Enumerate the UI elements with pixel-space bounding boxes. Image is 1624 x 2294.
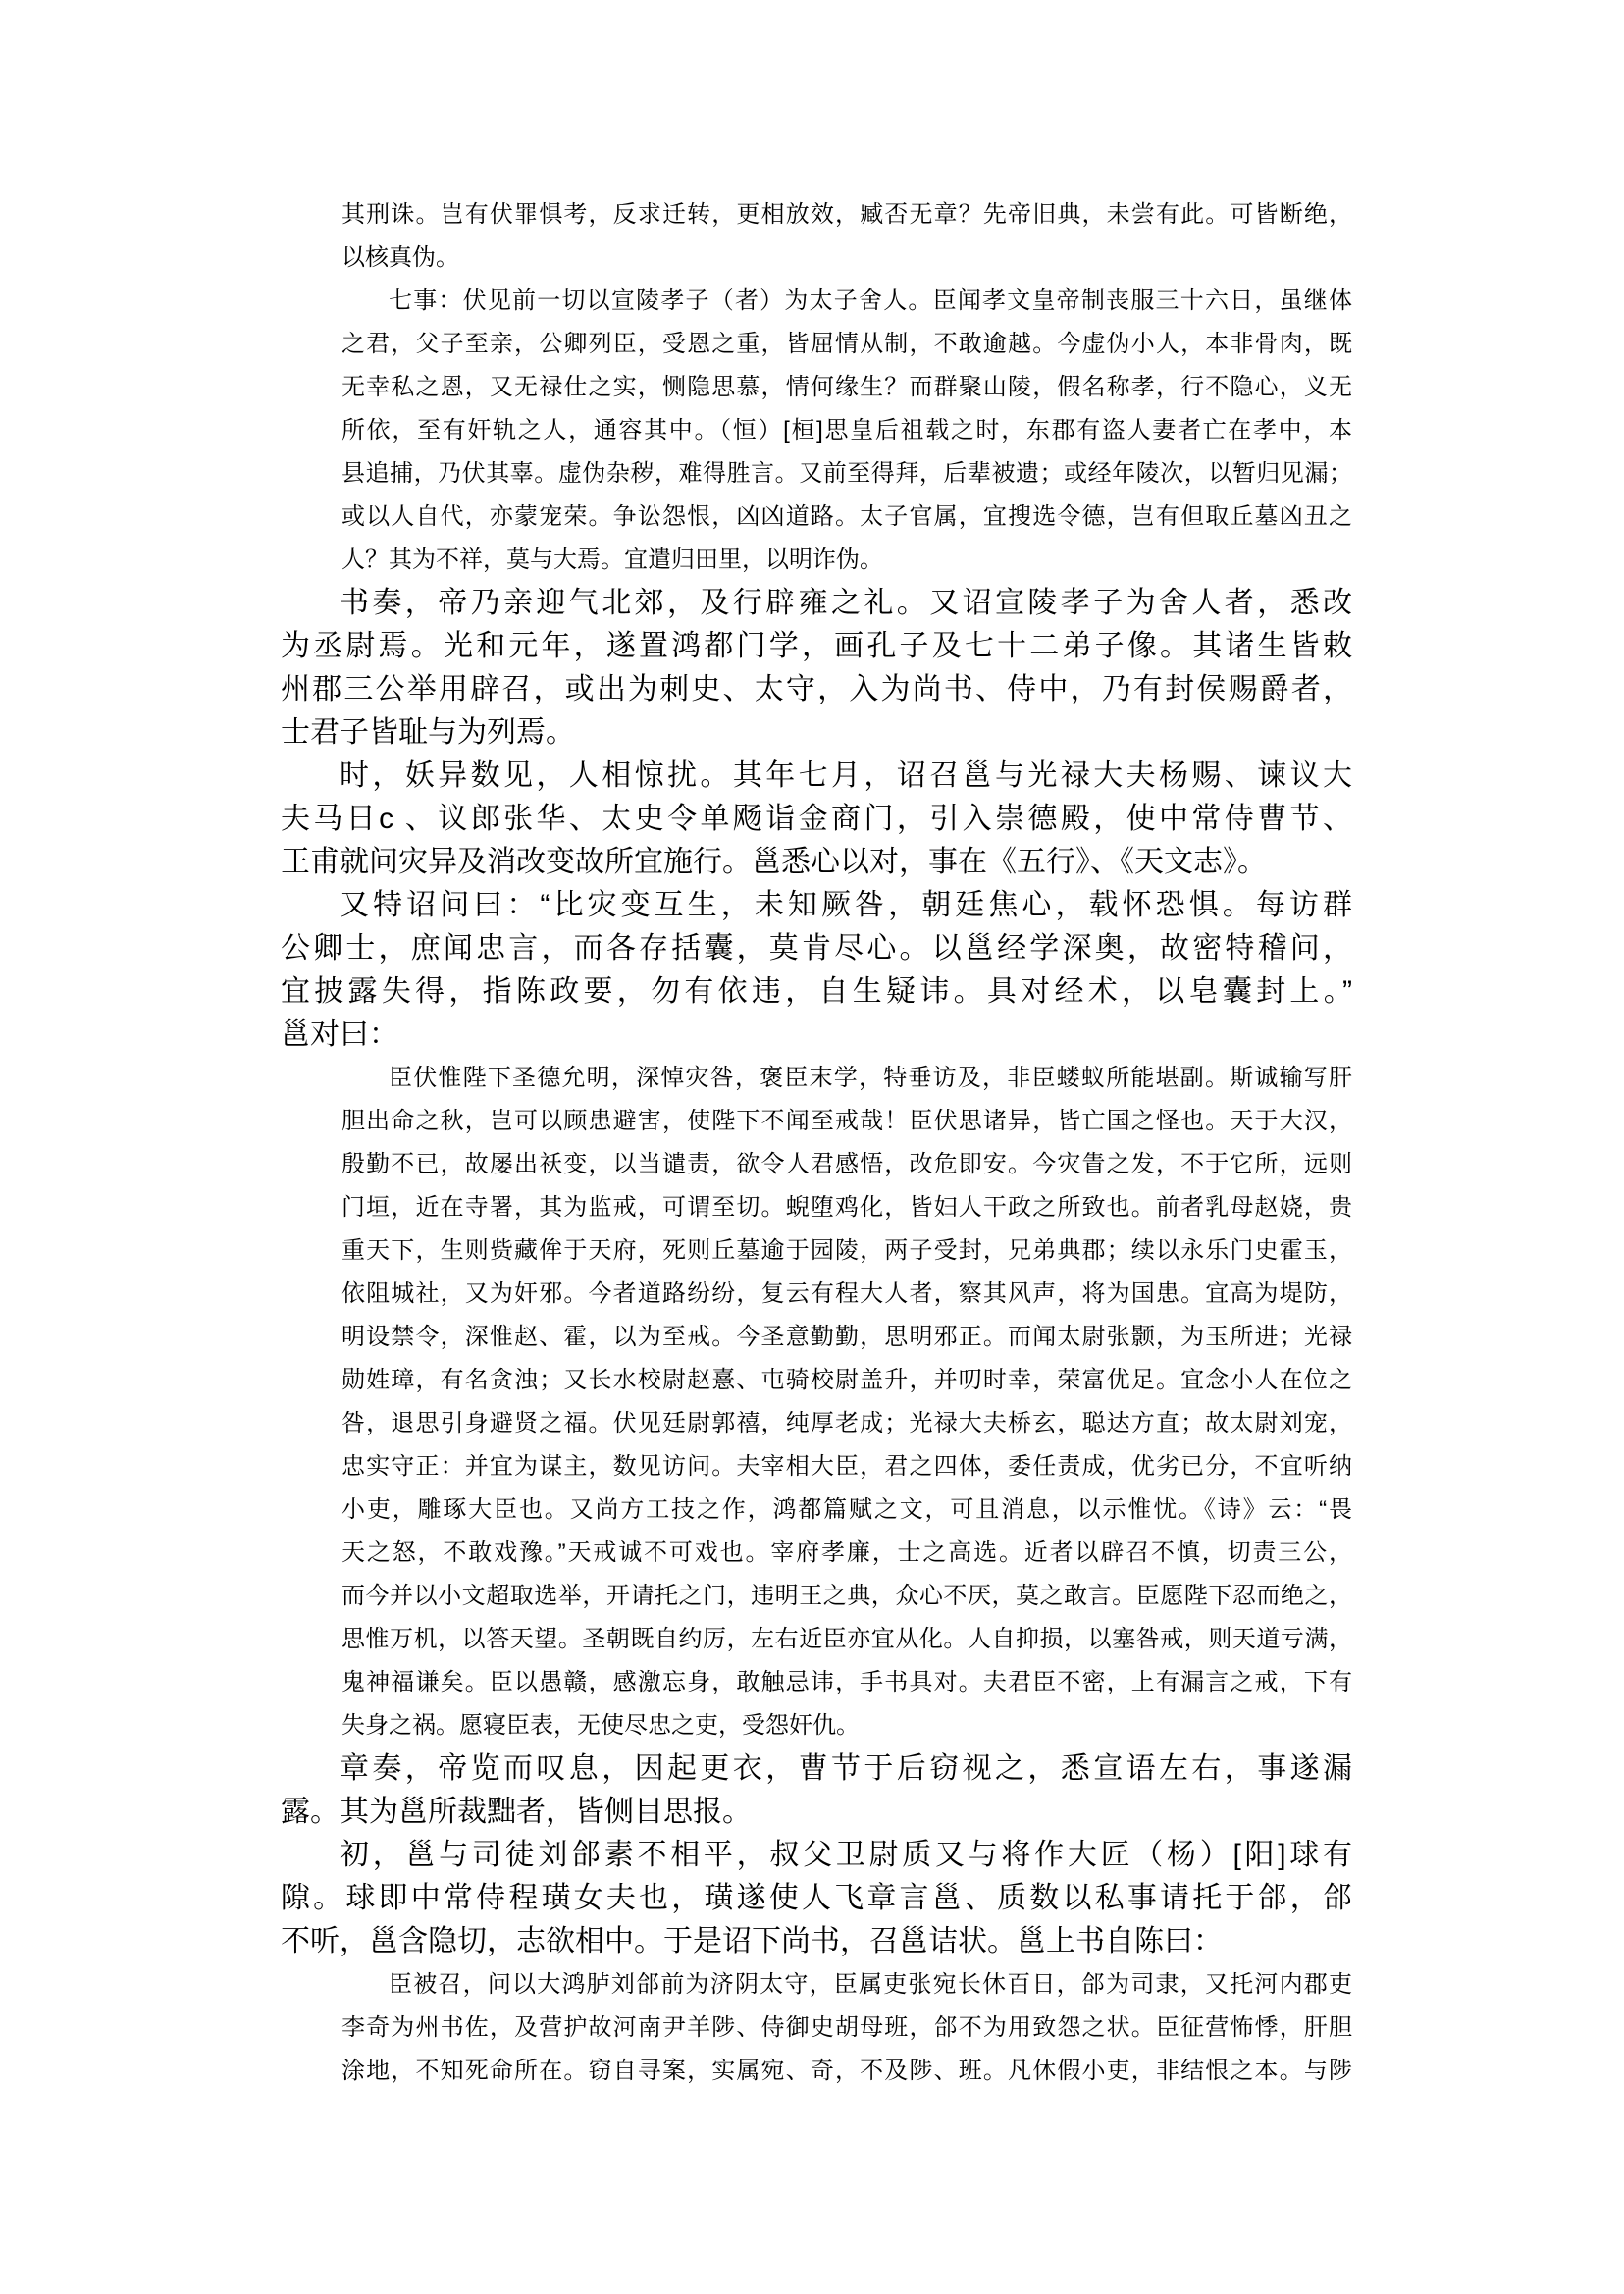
text-line: 其刑诛。岂有伏罪惧考，反求迁转，更相放效，臧否无章？先帝旧典，未尝有此。可皆断绝… [341, 193, 1352, 236]
text-line: 州郡三公举用辟召，或出为刺史、太守，入为尚书、侍中，乃有封侯赐爵者， [281, 668, 1352, 711]
document-page: 其刑诛。岂有伏罪惧考，反求迁转，更相放效，臧否无章？先帝旧典，未尝有此。可皆断绝… [0, 0, 1624, 2294]
text-line: 以核真伪。 [341, 236, 1352, 280]
text-line: 所依，至有奸轨之人，通容其中。（恒）[桓]思皇后祖载之时，东郡有盗人妻者亡在孝中… [341, 409, 1352, 452]
paragraph-body: 章奏，帝览而叹息，因起更衣，曹节于后窃视之，悉宣语左右，事遂漏露。其为邕所裁黜者… [281, 1747, 1352, 1834]
text-line: 隙。球即中常侍程璜女夫也，璜遂使人飞章言邕、质数以私事请托于郃，郃 [281, 1877, 1352, 1920]
paragraph-quote: 臣伏惟陛下圣德允明，深悼灾咎，褒臣末学，特垂访及，非臣蝼蚁所能堪副。斯诚输写肝胆… [341, 1057, 1352, 1747]
text-line: 为丞尉焉。光和元年，遂置鸿都门学，画孔子及七十二弟子像。其诸生皆敕 [281, 625, 1352, 668]
text-line: 时，妖异数见，人相惊扰。其年七月，诏召邕与光禄大夫杨赐、谏议大 [281, 755, 1352, 798]
text-line: 不听，邕含隐切，志欲相中。于是诏下尚书，召邕诘状。邕上书自陈曰： [281, 1920, 1352, 1963]
text-line: 思惟万机，以答天望。圣朝既自约厉，左右近臣亦宜从化。人自抑损，以塞咎戒，则天道亏… [341, 1618, 1352, 1661]
text-line: 公卿士，庶闻忠言，而各存括囊，莫肯尽心。以邕经学深奥，故密特稽问， [281, 927, 1352, 970]
text-line: 夫马日c 、议郎张华、太史令单飏诣金商门，引入崇德殿，使中常侍曹节、 [281, 798, 1352, 841]
text-line: 忠实守正：并宜为谋主，数见访问。夫宰相大臣，君之四体，委任责成，优劣已分，不宜听… [341, 1445, 1352, 1488]
text-line: 而今并以小文超取选举，开请托之门，违明王之典，众心不厌，莫之敢言。臣愿陛下忍而绝… [341, 1575, 1352, 1618]
text-line: 天之怒，不敢戏豫。”天戒诚不可戏也。宰府孝廉，士之高选。近者以辟召不慎，切责三公… [341, 1532, 1352, 1575]
text-line: 鬼神福谦矣。臣以愚赣，感激忘身，敢触忌讳，手书具对。夫君臣不密，上有漏言之戒，下… [341, 1661, 1352, 1704]
paragraph-body: 时，妖异数见，人相惊扰。其年七月，诏召邕与光禄大夫杨赐、谏议大夫马日c 、议郎张… [281, 755, 1352, 884]
paragraph-quote: 七事：伏见前一切以宣陵孝子（者）为太子舍人。臣闻孝文皇帝制丧服三十六日，虽继体之… [341, 280, 1352, 582]
text-line: 士君子皆耻与为列焉。 [281, 711, 1352, 755]
text-line: 七事：伏见前一切以宣陵孝子（者）为太子舍人。臣闻孝文皇帝制丧服三十六日，虽继体 [341, 280, 1352, 323]
text-line: 或以人自代，亦蒙宠荣。争讼怨恨，凶凶道路。太子官属，宜搜选令德，岂有但取丘墓凶丑… [341, 495, 1352, 539]
text-line: 又特诏问曰：“比灾变互生，未知厥咎，朝廷焦心，载怀恐惧。每访群 [281, 884, 1352, 927]
text-line: 胆出命之秋，岂可以顾患避害，使陛下不闻至戒哉！臣伏思诸异，皆亡国之怪也。天于大汉… [341, 1100, 1352, 1143]
text-line: 失身之祸。愿寝臣表，无使尽忠之吏，受怨奸仇。 [341, 1704, 1352, 1747]
paragraph-body: 又特诏问曰：“比灾变互生，未知厥咎，朝廷焦心，载怀恐惧。每访群公卿士，庶闻忠言，… [281, 884, 1352, 1057]
text-line: 门垣，近在寺署，其为监戒，可谓至切。蜺堕鸡化，皆妇人干政之所致也。前者乳母赵娆，… [341, 1186, 1352, 1229]
text-line: 露。其为邕所裁黜者，皆侧目思报。 [281, 1791, 1352, 1834]
text-line: 勋姓璋，有名贪浊；又长水校尉赵憙、屯骑校尉盖升，并叨时幸，荣富优足。宜念小人在位… [341, 1359, 1352, 1402]
text-line: 涂地，不知死命所在。窃自寻案，实属宛、奇，不及陟、班。凡休假小吏，非结恨之本。与… [341, 2050, 1352, 2093]
text-line: 之君，父子至亲，公卿列臣，受恩之重，皆屈情从制，不敢逾越。今虚伪小人，本非骨肉，… [341, 323, 1352, 366]
text-content: 其刑诛。岂有伏罪惧考，反求迁转，更相放效，臧否无章？先帝旧典，未尝有此。可皆断绝… [281, 193, 1352, 2093]
text-line: 无幸私之恩，又无禄仕之实，恻隐思慕，情何缘生？而群聚山陵，假名称孝，行不隐心，义… [341, 366, 1352, 409]
paragraph-quote: 其刑诛。岂有伏罪惧考，反求迁转，更相放效，臧否无章？先帝旧典，未尝有此。可皆断绝… [341, 193, 1352, 280]
text-line: 小吏，雕琢大臣也。又尚方工技之作，鸿都篇赋之文，可且消息，以示惟忧。《诗》云：“… [341, 1488, 1352, 1532]
text-line: 人？其为不祥，莫与大焉。宜遣归田里，以明诈伪。 [341, 539, 1352, 582]
paragraph-quote: 臣被召，问以大鸿胪刘郃前为济阴太守，臣属吏张宛长休百日，郃为司隶，又托河内郡吏李… [341, 1963, 1352, 2093]
text-line: 臣伏惟陛下圣德允明，深悼灾咎，褒臣末学，特垂访及，非臣蝼蚁所能堪副。斯诚输写肝 [341, 1057, 1352, 1100]
text-line: 宜披露失得，指陈政要，勿有依违，自生疑讳。具对经术，以皂囊封上。” [281, 970, 1352, 1014]
paragraph-body: 书奏，帝乃亲迎气北郊，及行辟雍之礼。又诏宣陵孝子为舍人者，悉改为丞尉焉。光和元年… [281, 582, 1352, 755]
text-line: 臣被召，问以大鸿胪刘郃前为济阴太守，臣属吏张宛长休百日，郃为司隶，又托河内郡吏 [341, 1963, 1352, 2007]
text-line: 章奏，帝览而叹息，因起更衣，曹节于后窃视之，悉宣语左右，事遂漏 [281, 1747, 1352, 1791]
text-line: 依阻城社，又为奸邪。今者道路纷纷，复云有程大人者，察其风声，将为国患。宜高为堤防… [341, 1273, 1352, 1316]
text-line: 邕对曰： [281, 1014, 1352, 1057]
text-line: 县追捕，乃伏其辜。虚伪杂秽，难得胜言。又前至得拜，后辈被遗；或经年陵次，以暂归见… [341, 452, 1352, 495]
text-line: 王甫就问灾异及消改变故所宜施行。邕悉心以对，事在《五行》、《天文志》。 [281, 841, 1352, 884]
text-line: 李奇为州书佐，及营护故河南尹羊陟、侍御史胡母班，郃不为用致怨之状。臣征营怖悸，肝… [341, 2007, 1352, 2050]
text-line: 咎，退思引身避贤之福。伏见廷尉郭禧，纯厚老成；光禄大夫桥玄，聪达方直；故太尉刘宠… [341, 1402, 1352, 1445]
text-line: 初，邕与司徒刘郃素不相平，叔父卫尉质又与将作大匠（杨）[阳]球有 [281, 1834, 1352, 1877]
text-line: 殷勤不已，故屡出祅变，以当谴责，欲令人君感悟，改危即安。今灾眚之发，不于它所，远… [341, 1143, 1352, 1186]
text-line: 书奏，帝乃亲迎气北郊，及行辟雍之礼。又诏宣陵孝子为舍人者，悉改 [281, 582, 1352, 625]
paragraph-body: 初，邕与司徒刘郃素不相平，叔父卫尉质又与将作大匠（杨）[阳]球有隙。球即中常侍程… [281, 1834, 1352, 1963]
text-line: 重天下，生则赀藏侔于天府，死则丘墓逾于园陵，两子受封，兄弟典郡；续以永乐门史霍玉… [341, 1229, 1352, 1273]
text-line: 明设禁令，深惟赵、霍，以为至戒。今圣意勤勤，思明邪正。而闻太尉张颢，为玉所进；光… [341, 1316, 1352, 1359]
